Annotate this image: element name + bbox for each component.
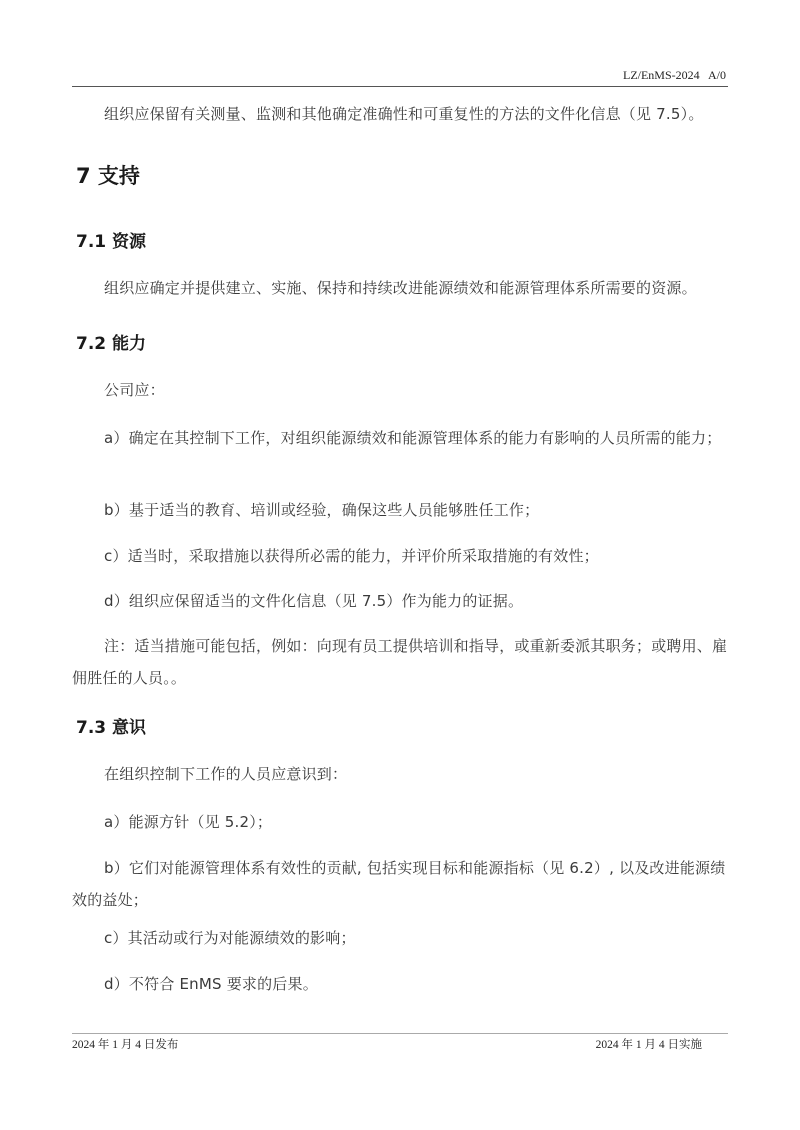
section-7-3-item-c: c）其活动或行为对能源绩效的影响； xyxy=(72,922,728,954)
section-7-3-item-b: b）它们对能源管理体系有效性的贡献, 包括实现目标和能源指标（见 6.2）, 以… xyxy=(72,852,728,916)
section-7-2-item-b: b）基于适当的教育、培训或经验，确保这些人员能够胜任工作； xyxy=(72,494,728,526)
section-7-3-item-d: d）不符合 EnMS 要求的后果。 xyxy=(72,968,728,1000)
section-7-1-heading: 7.1 资源 xyxy=(76,227,146,252)
section-7-heading: 7 支持 xyxy=(76,160,140,190)
section-7-2-item-a: a）确定在其控制下工作，对组织能源绩效和能源管理体系的能力有影响的人员所需的能力… xyxy=(72,422,728,454)
document-code: LZ/EnMS-2024 A/0 xyxy=(623,68,726,83)
section-7-2-lead: 公司应： xyxy=(72,374,728,406)
page-header: LZ/EnMS-2024 A/0 xyxy=(72,66,728,87)
section-7-2-note: 注：适当措施可能包括，例如：向现有员工提供培训和指导，或重新委派其职务；或聘用、… xyxy=(72,630,728,694)
section-7-2-item-d: d）组织应保留适当的文件化信息（见 7.5）作为能力的证据。 xyxy=(72,585,728,617)
section-7-2-heading: 7.2 能力 xyxy=(76,329,146,354)
intro-paragraph: 组织应保留有关测量、监测和其他确定准确性和可重复性的方法的文件化信息（见 7.5… xyxy=(72,98,728,130)
section-7-1-body: 组织应确定并提供建立、实施、保持和持续改进能源绩效和能源管理体系所需要的资源。 xyxy=(72,272,728,304)
section-7-3-item-a: a）能源方针（见 5.2）； xyxy=(72,806,728,838)
effective-date: 2024 年 1 月 4 日实施 xyxy=(596,1036,702,1052)
page-footer: 2024 年 1 月 4 日发布 2024 年 1 月 4 日实施 xyxy=(72,1033,728,1058)
section-7-3-heading: 7.3 意识 xyxy=(76,713,146,738)
issue-date: 2024 年 1 月 4 日发布 xyxy=(72,1036,178,1052)
section-7-3-lead: 在组织控制下工作的人员应意识到： xyxy=(72,758,728,790)
section-7-2-item-c: c）适当时，采取措施以获得所必需的能力，并评价所采取措施的有效性； xyxy=(72,540,728,572)
